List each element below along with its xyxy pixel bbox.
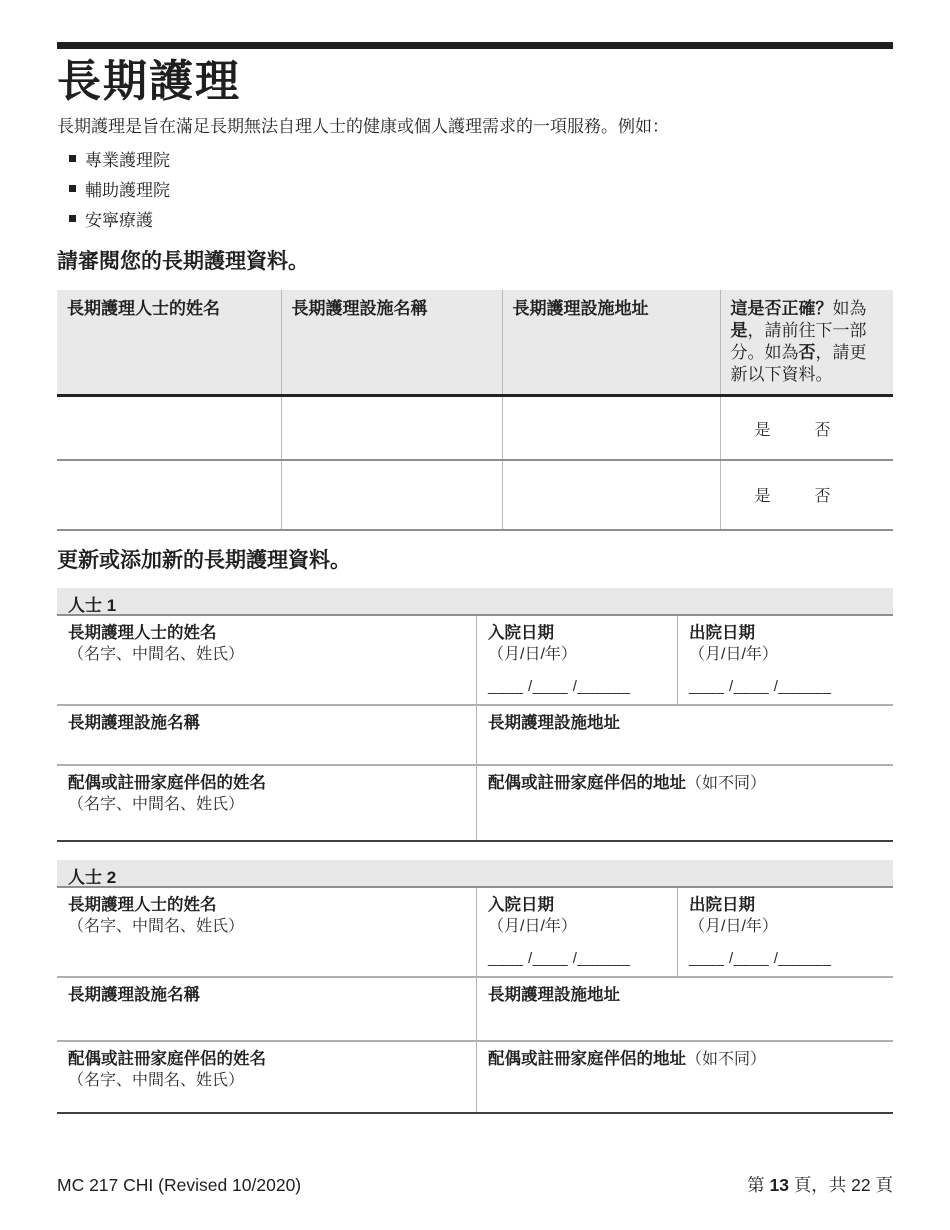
- form-id: MC 217 CHI (Revised 10/2020): [57, 1175, 301, 1196]
- no-option[interactable]: 否: [815, 417, 831, 440]
- review-table: 長期護理人士的姓名 長期護理設施名稱 長期護理設施地址 這是否正確？如為是，請前…: [57, 290, 893, 531]
- person-2-name-field[interactable]: 長期護理人士的姓名 （名字、中間名、姓氏）: [57, 888, 476, 976]
- spouse-address-label: 配偶或註冊家庭伴侶的地址: [488, 1050, 686, 1068]
- column-header-facility-address: 長期護理設施地址: [502, 290, 720, 396]
- facility-address-cell[interactable]: [502, 460, 720, 530]
- person-2-facility-name-field[interactable]: 長期護理設施名稱: [57, 978, 476, 1040]
- person-1-facility-name-field[interactable]: 長期護理設施名稱: [57, 706, 476, 764]
- facility-address-label: 長期護理設施地址: [488, 984, 882, 1006]
- update-section-heading: 更新或添加新的長期護理資料。: [57, 547, 893, 574]
- admission-date-label: 入院日期: [488, 622, 666, 644]
- list-item: 專業護理院: [57, 147, 893, 169]
- name-label: 長期護理人士的姓名: [68, 622, 465, 644]
- spouse-address-label: 配偶或註冊家庭伴侶的地址: [488, 774, 686, 792]
- spouse-address-hint: （如不同）: [686, 775, 766, 792]
- person-1-admission-date-field[interactable]: 入院日期 （月/日/年） ____ /____ /______: [476, 616, 677, 704]
- facility-name-label: 長期護理設施名稱: [68, 712, 465, 734]
- spouse-name-hint: （名字、中間名、姓氏）: [68, 1070, 465, 1092]
- person-1-block: 人士 1 長期護理人士的姓名 （名字、中間名、姓氏） 入院日期 （月/日/年） …: [57, 588, 893, 842]
- name-hint: （名字、中間名、姓氏）: [68, 644, 465, 666]
- list-item: 安寧療護: [57, 207, 893, 229]
- spouse-name-label: 配偶或註冊家庭伴侶的姓名: [68, 772, 465, 794]
- yes-option[interactable]: 是: [755, 483, 771, 506]
- spouse-name-hint: （名字、中間名、姓氏）: [68, 794, 465, 816]
- person-2-spouse-name-field[interactable]: 配偶或註冊家庭伴侶的姓名 （名字、中間名、姓氏）: [57, 1042, 476, 1112]
- column-header-name: 長期護理人士的姓名: [57, 290, 281, 396]
- person-1-discharge-date-field[interactable]: 出院日期 （月/日/年） ____ /____ /______: [677, 616, 893, 704]
- confirm-cell: 是 否: [720, 460, 893, 530]
- person-1-spouse-address-field[interactable]: 配偶或註冊家庭伴侶的地址（如不同）: [476, 766, 893, 840]
- page-number: 13: [769, 1175, 788, 1195]
- example-list: 專業護理院 輔助護理院 安寧療護: [57, 147, 893, 229]
- page-footer: MC 217 CHI (Revised 10/2020) 第 13 頁，共 22…: [57, 1172, 893, 1197]
- example-label: 安寧療護: [85, 206, 153, 231]
- facility-name-cell[interactable]: [281, 460, 502, 530]
- admission-date-label: 入院日期: [488, 894, 666, 916]
- spouse-address-label-line: 配偶或註冊家庭伴侶的地址（如不同）: [488, 1048, 882, 1071]
- person-2-admission-date-field[interactable]: 入院日期 （月/日/年） ____ /____ /______: [476, 888, 677, 976]
- page-title: 長期護理: [57, 57, 893, 106]
- name-cell[interactable]: [57, 460, 281, 530]
- facility-name-label: 長期護理設施名稱: [68, 984, 465, 1006]
- person-2-facility-address-field[interactable]: 長期護理設施地址: [476, 978, 893, 1040]
- person-1-header: 人士 1: [57, 588, 893, 616]
- discharge-date-label: 出院日期: [689, 894, 882, 916]
- person-2-spouse-address-field[interactable]: 配偶或註冊家庭伴侶的地址（如不同）: [476, 1042, 893, 1112]
- table-row: 是 否: [57, 396, 893, 460]
- top-rule: [57, 42, 893, 49]
- square-bullet-icon: [69, 155, 76, 162]
- list-item: 輔助護理院: [57, 177, 893, 199]
- person-2-header: 人士 2: [57, 860, 893, 888]
- column-header-facility-name: 長期護理設施名稱: [281, 290, 502, 396]
- example-label: 專業護理院: [85, 146, 170, 171]
- admission-date-hint: （月/日/年）: [488, 644, 666, 666]
- table-row: 是 否: [57, 460, 893, 530]
- facility-name-cell[interactable]: [281, 396, 502, 460]
- facility-address-cell[interactable]: [502, 396, 720, 460]
- admission-date-blank[interactable]: ____ /____ /______: [488, 678, 666, 697]
- discharge-date-label: 出院日期: [689, 622, 882, 644]
- admission-date-blank[interactable]: ____ /____ /______: [488, 950, 666, 969]
- discharge-date-hint: （月/日/年）: [689, 644, 882, 666]
- document-page: 長期護理 長期護理是旨在滿足長期無法自理人士的健康或個人護理需求的一項服務。例如…: [0, 0, 950, 1230]
- page-indicator: 第 13 頁，共 22 頁: [747, 1172, 893, 1197]
- name-cell[interactable]: [57, 396, 281, 460]
- discharge-date-blank[interactable]: ____ /____ /______: [689, 678, 882, 697]
- yes-option[interactable]: 是: [755, 417, 771, 440]
- spouse-address-hint: （如不同）: [686, 1051, 766, 1068]
- review-section-heading: 請審閱您的長期護理資料。: [57, 248, 893, 275]
- square-bullet-icon: [69, 185, 76, 192]
- square-bullet-icon: [69, 215, 76, 222]
- person-2-block: 人士 2 長期護理人士的姓名 （名字、中間名、姓氏） 入院日期 （月/日/年） …: [57, 860, 893, 1114]
- review-table-header-row: 長期護理人士的姓名 長期護理設施名稱 長期護理設施地址 這是否正確？如為是，請前…: [57, 290, 893, 396]
- no-option[interactable]: 否: [815, 483, 831, 506]
- person-2-discharge-date-field[interactable]: 出院日期 （月/日/年） ____ /____ /______: [677, 888, 893, 976]
- person-1-name-field[interactable]: 長期護理人士的姓名 （名字、中間名、姓氏）: [57, 616, 476, 704]
- person-1-spouse-name-field[interactable]: 配偶或註冊家庭伴侶的姓名 （名字、中間名、姓氏）: [57, 766, 476, 840]
- name-hint: （名字、中間名、姓氏）: [68, 916, 465, 938]
- spouse-name-label: 配偶或註冊家庭伴侶的姓名: [68, 1048, 465, 1070]
- discharge-date-blank[interactable]: ____ /____ /______: [689, 950, 882, 969]
- admission-date-hint: （月/日/年）: [488, 916, 666, 938]
- intro-text: 長期護理是旨在滿足長期無法自理人士的健康或個人護理需求的一項服務。例如：: [57, 116, 893, 138]
- person-1-facility-address-field[interactable]: 長期護理設施地址: [476, 706, 893, 764]
- column-header-confirm: 這是否正確？如為是，請前往下一部分。如為否，請更新以下資料。: [720, 290, 893, 396]
- example-label: 輔助護理院: [85, 176, 170, 201]
- discharge-date-hint: （月/日/年）: [689, 916, 882, 938]
- name-label: 長期護理人士的姓名: [68, 894, 465, 916]
- confirm-cell: 是 否: [720, 396, 893, 460]
- facility-address-label: 長期護理設施地址: [488, 712, 882, 734]
- spouse-address-label-line: 配偶或註冊家庭伴侶的地址（如不同）: [488, 772, 882, 795]
